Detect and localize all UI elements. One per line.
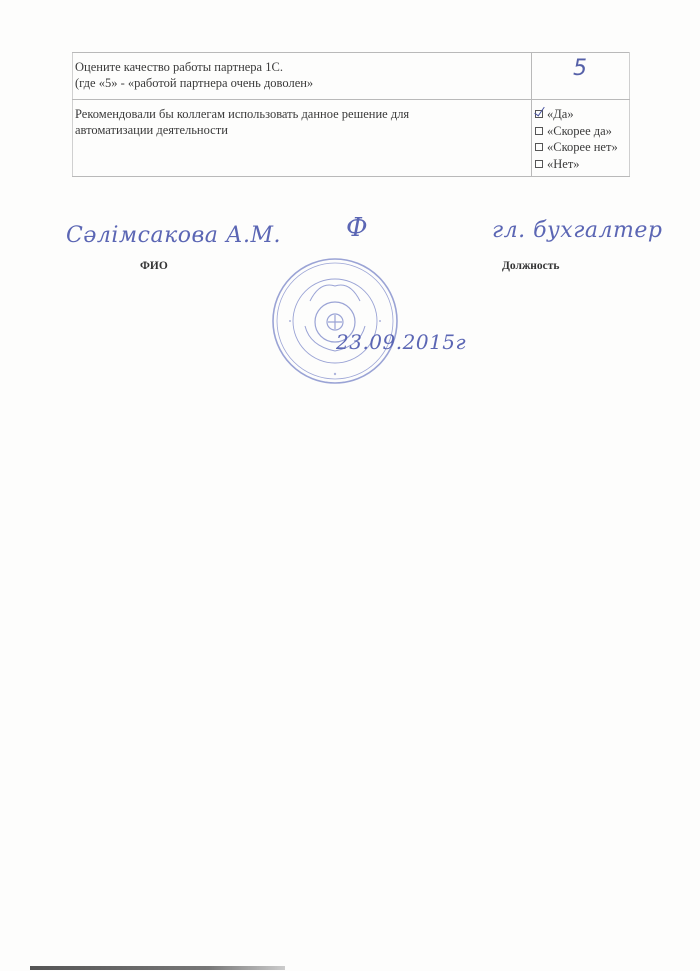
- question-text-line2: автоматизации деятельности: [75, 122, 527, 138]
- question-cell: Рекомендовали бы коллегам использовать д…: [73, 100, 532, 177]
- table-row-recommend: Рекомендовали бы коллегам использовать д…: [73, 100, 630, 177]
- checkbox-icon[interactable]: [535, 160, 543, 168]
- question-text-line1: Оцените качество работы партнера 1С.: [75, 59, 527, 75]
- label-position: Должность: [502, 260, 560, 272]
- label-fio: ФИО: [140, 260, 168, 272]
- checkbox-icon[interactable]: [535, 143, 543, 151]
- option-label: «Скорее нет»: [547, 139, 618, 156]
- official-stamp-icon: [270, 256, 400, 386]
- question-cell: Оцените качество работы партнера 1С. (гд…: [73, 53, 532, 100]
- option-label: «Нет»: [547, 156, 580, 173]
- option-rather-no[interactable]: «Скорее нет»: [535, 139, 625, 156]
- scan-edge-mark: [30, 966, 285, 970]
- option-rather-yes[interactable]: «Скорее да»: [535, 123, 625, 140]
- signature-mark: Ф: [346, 213, 368, 243]
- handwritten-name: Сәлімсакова А.М.: [66, 223, 281, 248]
- handwritten-date: 23.09.2015г: [336, 330, 466, 354]
- checkbox-icon[interactable]: [535, 127, 543, 135]
- checkbox-checked-icon[interactable]: [535, 110, 543, 118]
- option-yes[interactable]: «Да»: [535, 106, 625, 123]
- question-text-line2: (где «5» - «работой партнера очень довол…: [75, 75, 527, 91]
- handwritten-position: гл. бухгалтер: [492, 218, 662, 243]
- answer-cell: 5: [532, 53, 630, 100]
- rating-value: 5: [535, 61, 625, 77]
- question-text-line1: Рекомендовали бы коллегам использовать д…: [75, 106, 527, 122]
- option-no[interactable]: «Нет»: [535, 156, 625, 173]
- option-label: «Скорее да»: [547, 123, 612, 140]
- survey-table: Оцените качество работы партнера 1С. (гд…: [72, 52, 630, 177]
- options-cell: «Да» «Скорее да» «Скорее нет» «Нет»: [532, 100, 630, 177]
- table-row-rating: Оцените качество работы партнера 1С. (гд…: [73, 53, 630, 100]
- option-label: «Да»: [547, 106, 574, 123]
